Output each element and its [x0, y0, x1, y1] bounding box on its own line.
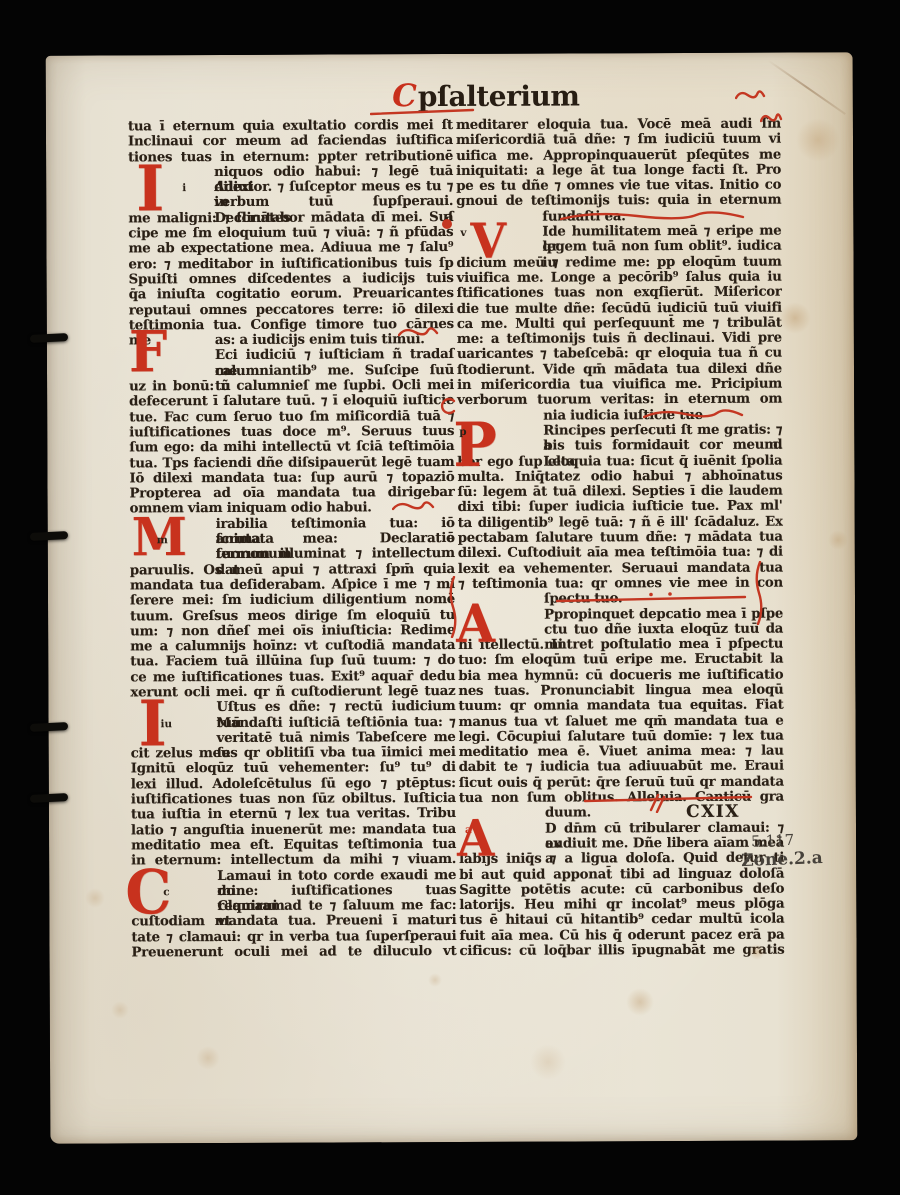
guide-letter: m	[157, 534, 168, 546]
text-line: verbum tuū ſupſperaui. Declinātes a	[128, 194, 453, 211]
foxing-spot	[626, 988, 654, 1016]
text-line: manus tua vt ſaluet me qm̄ mandata tua e	[459, 713, 784, 730]
text-line: ero: ⁊ meditabor in iuſtificationibus tu…	[129, 256, 454, 273]
text-line: dabit te ⁊ iudicia tua adiuuabūt me. Era…	[459, 759, 784, 776]
guide-letter: p	[459, 426, 466, 438]
text-line: tuum. Greſsus meos dirige ſm eloquiū tu	[130, 607, 455, 624]
text-line: me ab expectatione mea. Adiuua me ⁊ ſalu…	[128, 240, 453, 257]
text-line: Clamaui ad te ⁊ ſaluum me fac: vt	[131, 898, 456, 915]
text-line: me: a teſtimonijs tuis ñ declinaui. Vidi…	[457, 331, 782, 348]
text-line: lexit ea vehementer. Seruaui mandata tua	[458, 560, 783, 577]
text-line: tiones tuas in eternum: ppter retributio…	[128, 149, 453, 166]
text-line: bor ego ſup eloquia tua: ſicut q̄ iuēnit…	[457, 453, 782, 470]
foxing-spot	[749, 944, 765, 960]
foxing-spot	[530, 1044, 566, 1080]
foxing-spot	[796, 118, 840, 162]
rubrication-flourish	[440, 397, 460, 421]
text-line: tue. Fac cum ſeruo tuo ſm miſicordiā tuā…	[129, 409, 454, 426]
text-line: Mandaſti iuſticiā teſtiōnia tua: ⁊	[131, 715, 456, 732]
text-line: ſum ego: da mihi intellectū vt ſciā teſt…	[129, 439, 454, 456]
text-line: ſicut ouis q̄ perūt: q̄re ſeruū tuū qr m…	[459, 774, 784, 791]
guide-letter: i	[182, 182, 186, 194]
text-line: iniquitati: a lege āt tua longe facti ſt…	[456, 162, 781, 179]
text-line: miſericordiā tuā dñe: ⁊ ſm iudiciū tuum …	[456, 132, 781, 149]
text-line: veritatē tuā nimis Tabeſcere me ſe	[131, 730, 456, 747]
text-column-left: tua ī eternum quia exultatio cordis mei …	[128, 118, 457, 961]
text-line: latio ⁊ anguſtia inuenerūt me: mandata t…	[131, 822, 456, 839]
text-line: mine: iuſtificationes tuas requiram	[131, 883, 456, 900]
margin-annotation-zone: Zone.2.a	[741, 848, 823, 871]
drop-cap-initial: V	[470, 220, 506, 263]
text-line: reputaui omnes peccatores terre: iō dile…	[129, 302, 454, 319]
text-line: meditatio mea eſt. Equitas teſtimonia tu…	[131, 837, 456, 854]
foxing-spot	[111, 1001, 129, 1019]
guide-letter: c	[163, 886, 169, 898]
text-line: me maligni: ⁊ ſcrutabor mādata dī mei. S…	[128, 210, 453, 227]
text-line: uaricantes ⁊ tabeſcebā: qr eloquia tua ñ…	[457, 346, 782, 363]
rubrication-flourish	[556, 591, 748, 610]
text-line: lexi illud. Adoleſcētulus ſū ego ⁊ ptēpt…	[131, 776, 456, 793]
text-line: ſerere mei: ſm iudicium diligentium nomē	[130, 592, 455, 609]
text-line: Preuenerunt oculi mei ad te diluculo vt	[132, 944, 457, 961]
rubrication-flourish	[446, 576, 460, 642]
text-line: iuſtificationes tuas doce m⁹. Seruus tuu…	[129, 424, 454, 441]
text-line: tate ⁊ clamaui: qr in verba tua ſuperſpe…	[131, 929, 456, 946]
text-line: pe es tu dñe ⁊ omnes vie tue vitas. Init…	[456, 178, 781, 195]
text-column-right: meditarer eloquia tua. Vocē meā audi ſmm…	[456, 117, 785, 960]
text-line: calumniantib⁹ me. Suſcipe ſuū tu	[129, 363, 454, 380]
text-line: gnoui de teſtimonijs tuis: quia in etern…	[456, 193, 781, 210]
text-line: ⁊ teſtimonia tua: qr omnes vie mee in co…	[458, 575, 783, 592]
text-line: D dn̄m cū tribularer clamaui: ⁊ ex	[459, 820, 784, 837]
text-line: fuit aīa mea. Cū his q̄ oderunt pacez er…	[459, 927, 784, 944]
text-line: Adiutor. ⁊ ſuſceptor meus es tu ⁊ in	[128, 179, 453, 196]
margin-annotation-psalm-ref: 5:117	[751, 831, 795, 851]
text-line: dixi tibi: ſuper iudicia iuſticie tue. P…	[458, 499, 783, 516]
text-line: hi itellectū. Intret poſtulatio mea ī pſ…	[458, 637, 783, 654]
text-line: uz in bonū: ñ calumnieſ me ſupbi. Ocli m…	[129, 378, 454, 395]
text-line: me a calumnijs hoīnz: vt cuſtodiā mandat…	[130, 638, 455, 655]
text-line: tua. Faciem tuā illūina ſup ſuū tuum: ⁊ …	[130, 653, 455, 670]
guide-letter: a	[465, 824, 472, 836]
text-line: cipe me ſm eloquium tuū ⁊ viuā: ⁊ ñ pfūd…	[128, 225, 453, 242]
text-line: tua iuſtia in eternū ⁊ lex tua veritas. …	[131, 806, 456, 823]
text-line: Uſtus es dñe: ⁊ rectū iudicium tuū	[130, 699, 455, 716]
drop-cap-initial: I	[136, 162, 164, 218]
text-line: ctu tuo dñe iuxta eloqūz tuū da mi	[458, 621, 783, 638]
foxing-spot	[196, 1046, 220, 1070]
text-line: Ignitū eloqūz tuū vehementer: ſu⁹ tu⁹ di	[131, 760, 456, 777]
text-line: cuſtodiam mandata tua. Preueni ī maturi	[131, 913, 456, 930]
text-line: ſtodierunt. Vide qm̄ mādata tua dilexi d…	[457, 361, 782, 378]
text-line: tuum: qr omnia mandata tua equitas. Fiat	[458, 698, 783, 715]
rubrication-flourish	[735, 88, 767, 107]
rubrication-flourish	[441, 215, 455, 234]
foxing-spot	[779, 302, 811, 334]
text-line: die tue multe dñe: ſecūdū iudiciū tuū vi…	[457, 300, 782, 317]
drop-cap-initial: A	[457, 817, 494, 862]
text-line: tuo: ſm eloqūm tuū eripe me. Eructabit l…	[458, 652, 783, 669]
text-line: legi. Cōcupiui ſalutare tuū domīe: ⁊ lex…	[459, 728, 784, 745]
text-line: Lamaui in toto corde exaudi me do	[131, 868, 456, 885]
text-line: in eternum: intellectum da mihi ⁊ viuam.	[131, 852, 456, 869]
text-line: tus ē hitaui cū hitantib⁹ cedar multū ic…	[459, 912, 784, 929]
text-line: ſtificationes tuas non exqſierūt. Miſeri…	[457, 285, 782, 302]
text-line: Sagitte potētis acute: cū carbonibus deſ…	[459, 881, 784, 898]
text-line: bis tuis formidauit cor meum. Leta	[457, 438, 782, 455]
text-line: tua. Tps faciendi dñe diſsipauerūt legē …	[129, 455, 454, 472]
rubrication-flourish	[760, 111, 784, 130]
text-line: um: ⁊ non dñeſ mei oīs iniuſticia: Redim…	[130, 623, 455, 640]
corner-crease	[768, 60, 846, 115]
text-line: meditarer eloquia tua. Vocē meā audi ſm	[456, 117, 781, 134]
text-line: dilexi. Cuſtodiuit aīa mea teſtimōia tua…	[458, 545, 783, 562]
rubrication-flourish	[648, 793, 668, 817]
text-line: ca me. Multi qui perſequunt̄ me ⁊ tribul…	[457, 315, 782, 332]
photo-stage: Cpſalterium tua ī eternum quia exultatio…	[0, 0, 900, 1195]
text-line: labijs iniq̄s ⁊ a ligua doloſa. Quid det…	[459, 851, 784, 868]
rubrication-flourish	[752, 561, 766, 629]
text-line: defecerunt ī ſalutare tuū. ⁊ ī eloquiū i…	[129, 393, 454, 410]
rubrication-flourish	[370, 105, 476, 124]
text-line: ce me iuſtificationes tuas. Exit⁹ aquar̄…	[130, 669, 455, 686]
text-line: iuſtificationes tuas non ſūz obiltus. Iu…	[131, 791, 456, 808]
rubrication-flourish	[398, 325, 440, 344]
foxing-spot	[428, 973, 442, 987]
text-line: multa. Iniq̄tatez odio habui ⁊ abhoīnatu…	[457, 468, 782, 485]
text-line: niquos odio habui: ⁊ legē tuā dilexi	[128, 164, 453, 181]
rubrication-flourish	[392, 499, 436, 518]
text-line: cificus: cū loq̄bar illis īpugnabāt me g…	[460, 943, 785, 960]
text-line: cit zelus meus qr oblitiſī vba tua īimic…	[131, 745, 456, 762]
text-line: bi aut quid apponat̄ tibi ad linguaz dol…	[459, 866, 784, 883]
drop-cap-initial: A	[456, 600, 495, 646]
text-line: Inclinaui cor meum ad faciendas iuſtific…	[128, 133, 453, 150]
text-line: Spuiſti omnes diſcedentes a iudicijs tui…	[129, 271, 454, 288]
text-line: ſū: legem āt tuā dilexi. Septies ī die l…	[458, 484, 783, 501]
guide-letter: v	[460, 227, 466, 239]
text-line: ta diligentib⁹ legē tuā: ⁊ ñ ē ill' ſcād…	[458, 514, 783, 531]
rubrication-flourish	[584, 792, 754, 811]
text-line: uifica me. Appropinquauerūt pſeqūtes me	[456, 147, 781, 164]
text-line: in miſericordia tua viuifica me. Pricipi…	[457, 377, 782, 394]
text-line: xerunt ocli mei. qr ñ cuſtodierunt legē …	[130, 684, 455, 701]
rubrication-flourish	[560, 209, 746, 228]
foxing-spot	[85, 888, 105, 908]
text-line: viuifica me. Longe a pecōrib⁹ ſalus quia…	[457, 270, 782, 287]
text-line: bia mea hymnū: cū docueris me iuſtificat…	[458, 667, 783, 684]
rubrication-flourish	[643, 407, 745, 426]
guide-letter: iu	[161, 718, 173, 730]
text-line: mandata tua deſiderabam. Aſpice ī me ⁊ m…	[130, 577, 455, 594]
drop-cap-initial: F	[129, 327, 168, 377]
text-line: nes tuas. Pronunciabit lingua mea eloqū	[458, 683, 783, 700]
foxing-spot	[828, 530, 848, 550]
text-line: q̄a iniuſta cogitatio eorum. Preuaricant…	[129, 286, 454, 303]
text-line: audiuit me. Dñe libera aīam meā a	[459, 836, 784, 853]
text-line: latorijs. Heu mihi qr incolat⁹ meus plōg…	[459, 897, 784, 914]
text-line: meditatio mea ē. Viuet anima mea: ⁊ lau	[459, 744, 784, 761]
text-line: pectabam ſalutare tuum dñe: ⁊ mādata tua	[458, 530, 783, 547]
text-line: Eci iudiciū ⁊ iuſticiam ñ tradaſ me	[129, 347, 454, 364]
text-line: Iō dilexi mandata tua: ſup aurū ⁊ topazi…	[129, 470, 454, 487]
